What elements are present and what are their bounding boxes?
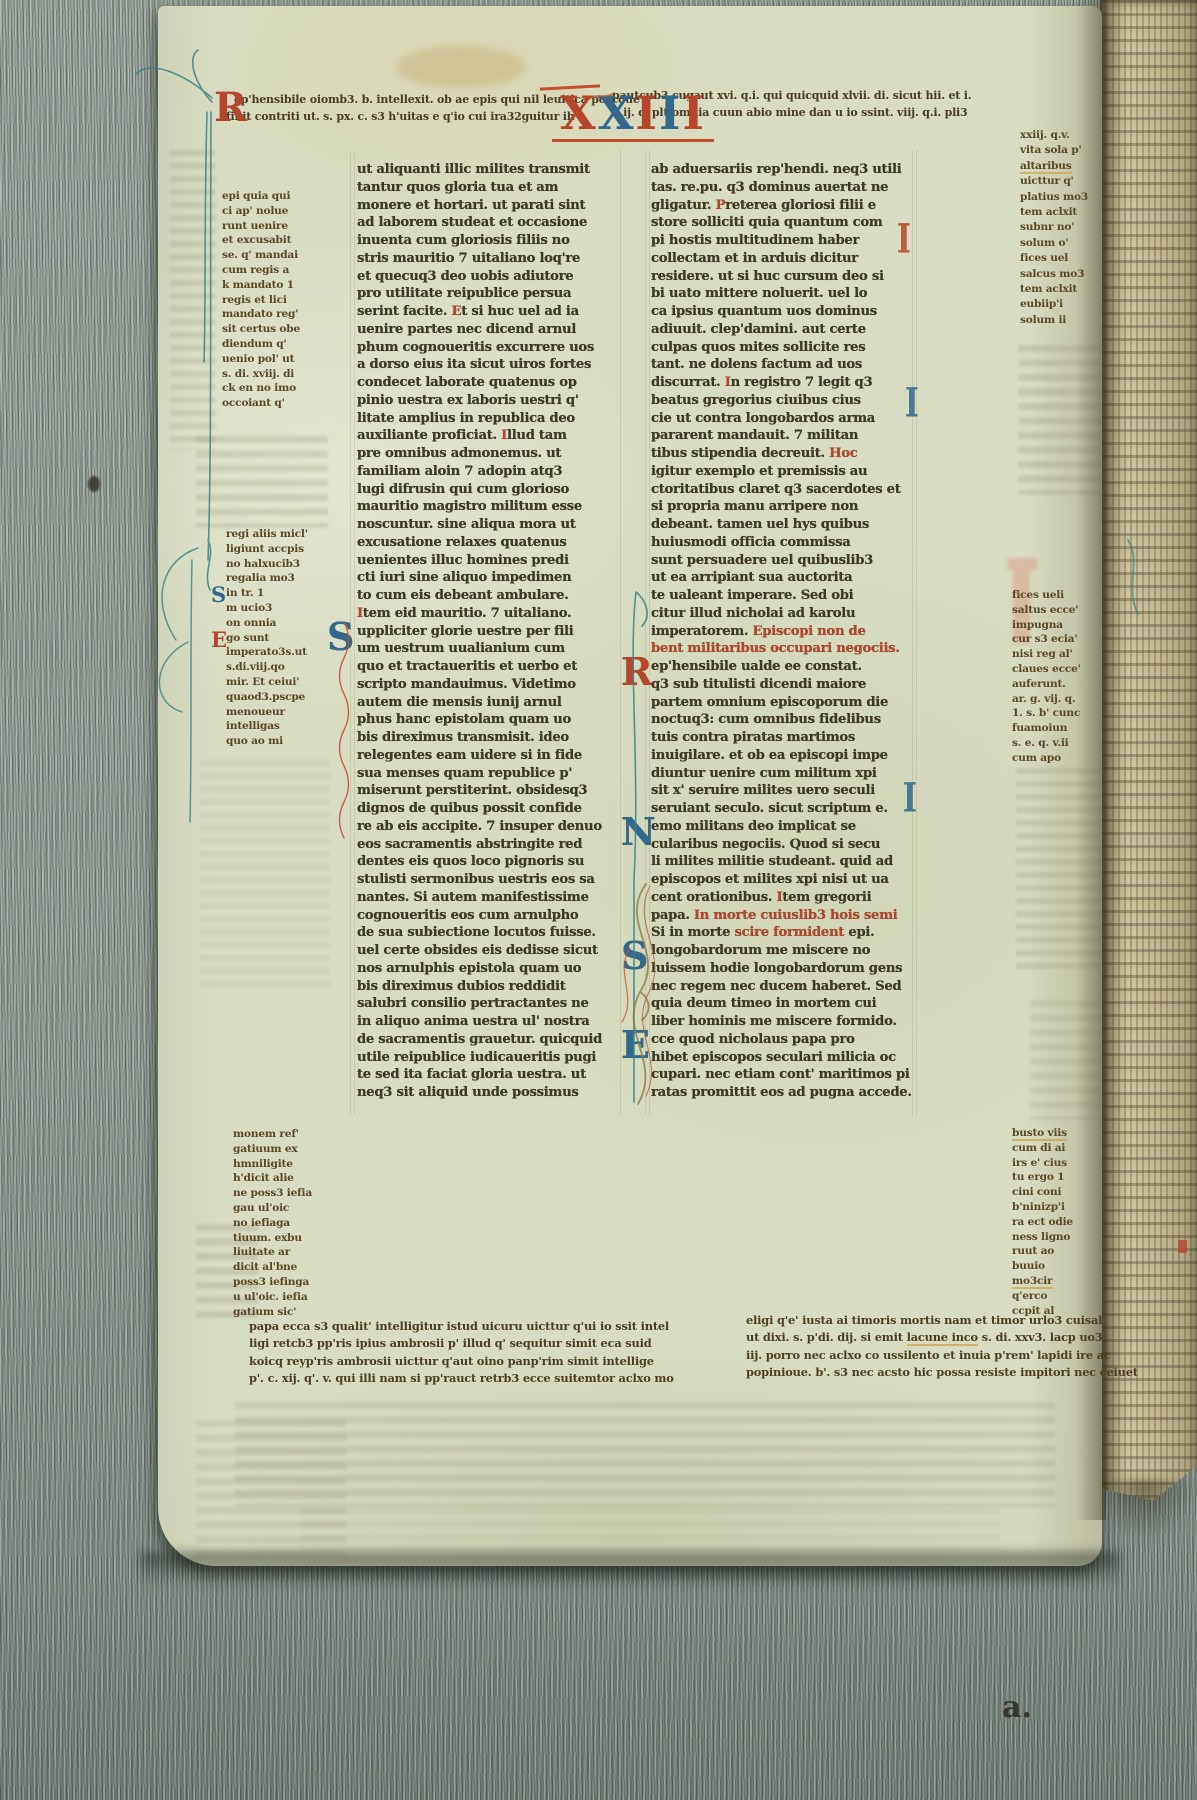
text-line: relegentes eam uidere si in fide — [357, 747, 617, 765]
text-line: uenientes illuc homines predi — [357, 552, 617, 570]
paragraph-mark: I — [897, 219, 911, 259]
text-line: cent orationibus. Item gregorii — [651, 889, 911, 907]
text-line: in aliquo anima uestra ul' nostra — [357, 1013, 617, 1031]
text-line: sua menses quam republice p' — [357, 765, 617, 783]
text-line: busto viis — [1012, 1126, 1098, 1141]
text-line: monere et hortari. ut parati sint — [357, 197, 617, 215]
text-line: h'dicit alie — [233, 1171, 349, 1186]
text-line: monem ref' — [233, 1127, 349, 1142]
text-line: m ucio3 — [226, 601, 342, 616]
text-line: cti iuri sine aliquo impedimen — [357, 569, 617, 587]
paragraph-mark: I — [905, 383, 919, 423]
text-line: cupari. nec etiam cont' maritimos pi — [651, 1066, 911, 1084]
text-line: intelligas — [226, 719, 342, 734]
text-line: nisi reg al' — [1012, 647, 1098, 662]
text-segment: bent militaribus occupari negociis. — [651, 641, 900, 656]
text-line: liber hominis me miscere formido. — [651, 1013, 911, 1031]
text-line: popinioue. b'. s3 nec acsto hic possa re… — [746, 1364, 1138, 1381]
text-line: regi aliis micl' — [226, 527, 342, 542]
text-line: to cum eis debeant ambulare. — [357, 587, 617, 605]
text-line: k mandato 1 — [222, 278, 338, 293]
text-line: ci ap' nolue — [222, 204, 338, 219]
text-segment: I — [357, 606, 363, 621]
text-line: stulisti sermonibus uestris eos sa — [357, 871, 617, 889]
drop-cap-initial: S — [211, 584, 226, 605]
manuscript-photo: { "page": { "description": "Medieval man… — [0, 0, 1197, 1800]
right-margin-gloss-top: xxiij. q.v.vita sola p'altaribusuicttur … — [1020, 128, 1102, 328]
text-segment: I — [777, 890, 783, 905]
text-line: excusatione relaxes quatenus — [357, 534, 617, 552]
text-segment: I — [501, 428, 507, 443]
text-line: luissem hodie longobardorum gens — [651, 960, 911, 978]
text-line: s. e. q. v.ii — [1012, 736, 1098, 751]
text-line: gatiuum ex — [233, 1142, 349, 1157]
text-line: scripto mandauimus. Videtimo — [357, 676, 617, 694]
text-line: nec regem nec ducem haberet. Sed — [651, 978, 911, 996]
text-line: ctoritatibus claret q3 sacerdotes et — [651, 481, 911, 499]
text-line: tibus stipendia decreuit. Hoc — [651, 445, 911, 463]
text-line: eligi q'e' iusta ai timoris mortis nam e… — [746, 1312, 1138, 1329]
text-line: ruut ao — [1012, 1244, 1098, 1259]
parchment-stain — [396, 46, 526, 88]
text-line: ligiunt accpis — [226, 542, 342, 557]
text-line: Sin tr. 1 — [226, 586, 342, 601]
text-line: um uestrum uualianium cum — [357, 640, 617, 658]
fabric-speck — [88, 476, 100, 492]
text-line: u ul'oic. iefia — [233, 1290, 349, 1305]
main-column-left: ut aliquanti illic milites transmittantu… — [357, 161, 617, 1102]
show-through-text — [235, 1402, 1055, 1507]
text-line: dignos de quibus possit confide — [357, 800, 617, 818]
text-line: ab aduersariis rep'hendi. neq3 utili — [651, 161, 911, 179]
text-line: bis direximus dubios reddidit — [357, 978, 617, 996]
text-line: papa ecca s3 qualit' intelligitur istud … — [249, 1318, 674, 1335]
right-margin-gloss-bottom: busto viiscum di aiirs e' ciustu ergo 1c… — [1012, 1126, 1098, 1318]
ruling-line — [912, 150, 913, 1115]
text-segment: Hoc — [829, 446, 857, 461]
decorated-initial-R: R — [214, 88, 247, 128]
text-line: dicit al'bne — [233, 1260, 349, 1275]
text-line: li milites militie studeant. quid ad — [651, 853, 911, 871]
text-segment: Episcopi non de — [753, 624, 866, 639]
fore-edge-red-mark — [1178, 1240, 1187, 1253]
text-line: fuamoiun — [1012, 721, 1098, 736]
text-line: phum cognoueritis excurrere uos — [357, 339, 617, 357]
text-line: salubri consilio pertractantes ne — [357, 995, 617, 1013]
text-line: pro utilitate reipublice persua — [357, 285, 617, 303]
text-line: ca ipsius quantum uos dominus — [651, 303, 911, 321]
left-margin-gloss-middle: regi aliis micl'ligiunt accpisno halxuci… — [226, 527, 342, 749]
text-line: serint facite. Et si huc uel ad ia — [357, 303, 617, 321]
text-line: ut ea arripiant sua auctorita — [651, 569, 911, 587]
text-line: imperato3s.ut — [226, 645, 342, 660]
drop-cap-initial: S — [327, 618, 354, 656]
show-through-text — [170, 150, 216, 450]
text-line: pararent mandauit. 7 militan — [651, 427, 911, 445]
text-line: Slongobardorum me miscere no — [651, 942, 911, 960]
text-line: huiusmodi officia commissa — [651, 534, 911, 552]
text-line: pinio uestra ex laboris uestri q' — [357, 392, 617, 410]
text-line: fices uel — [1020, 251, 1102, 266]
text-line: residere. ut si huc cursum deo si — [651, 268, 911, 286]
text-line: re ab eis accipite. 7 insuper denuo — [357, 818, 617, 836]
text-line: condecet laborate quatenus op — [357, 374, 617, 392]
text-line: auferunt. — [1012, 677, 1098, 692]
text-line: bis direximus transmisit. ideo — [357, 729, 617, 747]
show-through-text — [1018, 345, 1102, 495]
text-line: subnr no' — [1020, 220, 1102, 235]
main-column-right: ab aduersariis rep'hendi. neq3 utilitas.… — [651, 161, 911, 1102]
text-line: ra ect odie — [1012, 1215, 1098, 1230]
text-line: debeant. tamen uel hys quibus — [651, 516, 911, 534]
drop-cap-initial: E — [211, 629, 227, 650]
text-line: quo ao mi — [226, 734, 342, 749]
text-line: lugi difrusin qui cum glorioso — [357, 481, 617, 499]
text-line: menoueur — [226, 705, 342, 720]
text-line: ar. g. vij. q. — [1012, 692, 1098, 707]
top-gloss-line-2-left: finit contriti ut. s. px. c. s3 h'uitas … — [226, 110, 575, 123]
text-line: tem aclxit — [1020, 205, 1102, 220]
text-line: claues ecce' — [1012, 662, 1098, 677]
folio-letter: I — [659, 86, 683, 140]
right-margin-gloss-middle: fices uelisaltus ecce'impugnacur s3 ecia… — [1012, 588, 1098, 766]
text-line: bi uato mittere noluerit. uel lo — [651, 285, 911, 303]
text-line: beatus gregorius ciuibus cius — [651, 392, 911, 410]
text-line: noscuntur. sine aliqua mora ut — [357, 516, 617, 534]
book-fore-edge — [1100, 0, 1197, 1508]
text-line: phus hanc epistolam quam uo — [357, 711, 617, 729]
text-line: poss3 iefinga — [233, 1275, 349, 1290]
text-line: adiuuit. clep'damini. aut certe — [651, 321, 911, 339]
text-line: sit x' seruire milites uero seculi — [651, 782, 911, 800]
text-line: impugna — [1012, 618, 1098, 633]
text-line: uenio pol' ut — [222, 352, 338, 367]
text-line: tantur quos gloria tua et am — [357, 179, 617, 197]
text-line: on onnia — [226, 616, 342, 631]
text-line: miserunt perstiterint. obsidesq3 — [357, 782, 617, 800]
text-line: no halxucib3 — [226, 557, 342, 572]
text-line: q3 sub titulisti dicendi maiore — [651, 676, 911, 694]
text-line: saltus ecce' — [1012, 603, 1098, 618]
text-line: auxiliante proficiat. Illud tam — [357, 427, 617, 445]
text-line: cum di ai — [1012, 1141, 1098, 1156]
text-line: uenire partes nec dicend arnul — [357, 321, 617, 339]
text-line: Item eid mauritio. 7 uitaliano. — [357, 605, 617, 623]
text-line: tas. re.pu. q3 dominus auertat ne — [651, 179, 911, 197]
text-line: culpas quos mites sollicite res — [651, 339, 911, 357]
text-line: platius mo3 — [1020, 190, 1102, 205]
text-line: tem aclxit — [1020, 282, 1102, 297]
folio-number: XXIII — [552, 90, 714, 142]
text-segment: P — [716, 198, 726, 213]
text-line: de sacramentis grauetur. quicquid — [357, 1031, 617, 1049]
text-line: epi quia qui — [222, 189, 338, 204]
text-line: mo3cir — [1012, 1274, 1098, 1289]
show-through-text — [300, 1508, 1000, 1563]
text-line: Rep'hensibile ualde ee constat. — [651, 658, 911, 676]
text-line: tu ergo 1 — [1012, 1170, 1098, 1185]
text-line: liuitate ar — [233, 1245, 349, 1260]
text-line: ck en no imo — [222, 381, 338, 396]
text-line: cognoueritis eos cum arnulpho — [357, 907, 617, 925]
text-line: runt uenire — [222, 219, 338, 234]
text-line: fices ueli — [1012, 588, 1098, 603]
text-line: se. q' mandai — [222, 248, 338, 263]
text-line: seruiant seculo. sicut scriptum e. — [651, 800, 911, 818]
text-line: regalia mo3 — [226, 571, 342, 586]
text-line: occoiant q' — [222, 396, 338, 411]
text-line: eubiip'i — [1020, 297, 1102, 312]
text-segment: mo3cir — [1012, 1275, 1053, 1289]
text-line: Ecce quod nicholaus papa pro — [651, 1031, 911, 1049]
text-line: q'erco — [1012, 1289, 1098, 1304]
text-line: sit certus obe — [222, 322, 338, 337]
text-line: nantes. Si autem manifestissime — [357, 889, 617, 907]
text-line: inuenta cum gloriosis filiis no — [357, 232, 617, 250]
text-line: uicttur q' — [1020, 174, 1102, 189]
text-line: ness ligno — [1012, 1230, 1098, 1245]
text-line: Ego sunt — [226, 631, 342, 646]
text-line: cur s3 ecia' — [1012, 632, 1098, 647]
text-line: de sua subiectione locutos fuisse. — [357, 924, 617, 942]
text-line: ad laborem studeat et occasione — [357, 214, 617, 232]
text-line: papa. In morte cuiuslib3 hois semi — [651, 907, 911, 925]
text-line: familiam aloin 7 adopin atq3 — [357, 463, 617, 481]
text-line: buuio — [1012, 1259, 1098, 1274]
left-margin-gloss-top: epi quia quici ap' noluerunt uenireet ex… — [222, 189, 338, 411]
text-line: si propria manu arripere non — [651, 498, 911, 516]
text-line: ut dixi. s. p'di. dij. si emit lacune in… — [746, 1329, 1138, 1346]
text-line: tuis contra piratas martimos — [651, 729, 911, 747]
text-line: inuigilare. et ob ea episcopi impe — [651, 747, 911, 765]
text-line: et excusabit — [222, 233, 338, 248]
text-line: bent militaribus occupari negociis. — [651, 640, 911, 658]
left-margin-gloss-bottom: monem ref'gatiuum exhmniligiteh'dicit al… — [233, 1127, 349, 1319]
text-line: koicq reyp'ris ambrosii uicttur q'aut oi… — [249, 1353, 674, 1370]
drop-cap-initial: E — [621, 1026, 650, 1064]
text-line: cum regis a — [222, 263, 338, 278]
text-segment: E — [451, 304, 461, 319]
text-line: citur illud nicholai ad karolu — [651, 605, 911, 623]
text-segment: In morte cuiuslib3 hois semi — [694, 908, 898, 923]
folio-letter: I — [682, 86, 706, 140]
bottom-gloss-right: eligi q'e' iusta ai timoris mortis nam e… — [746, 1312, 1138, 1382]
text-line: ligi retcb3 pp'ris ipius ambrosii p' ill… — [249, 1335, 674, 1352]
text-segment: scire formident — [734, 925, 844, 940]
text-line: solum ii — [1020, 313, 1102, 328]
text-line: sunt persuadere uel quibuslib3 — [651, 552, 911, 570]
show-through-text — [200, 760, 330, 990]
corner-mark: a. — [1002, 1690, 1032, 1725]
text-line: quo et tractaueritis et uerbo et — [357, 658, 617, 676]
text-line: collectam et in arduis dicitur — [651, 250, 911, 268]
text-line: p'. c. xij. q'. v. qui illi nam si pp'ra… — [249, 1370, 674, 1387]
text-line: a dorso eius ita sicut uiros fortes — [357, 356, 617, 374]
text-line: iij. porro nec aclxo co ussilento et inu… — [746, 1347, 1138, 1364]
text-line: uel certe obsides eis dedisse sicut — [357, 942, 617, 960]
text-segment: lacune inco — [907, 1330, 978, 1346]
text-line: regis et lici — [222, 293, 338, 308]
text-line: hibet episcopos seculari milicia oc — [651, 1049, 911, 1067]
text-line: cie ut contra longobardos arma — [651, 410, 911, 428]
text-line: autem die mensis iunij arnul — [357, 694, 617, 712]
text-line: s.di.viij.qo — [226, 660, 342, 675]
show-through-text — [196, 436, 328, 528]
text-line: diuntur uenire cum militum xpi — [651, 765, 911, 783]
text-line: salcus mo3 — [1020, 267, 1102, 282]
text-line: hmniligite — [233, 1157, 349, 1172]
text-line: imperatorem. Episcopi non de — [651, 623, 911, 641]
text-line: altaribus — [1020, 159, 1102, 174]
ruling-line — [649, 150, 650, 1115]
text-line: ut aliquanti illic milites transmit — [357, 161, 617, 179]
text-segment: I — [725, 375, 731, 390]
text-line: store solliciti quia quantum com — [651, 214, 911, 232]
text-line: ratas promittit eos ad pugna accede. — [651, 1084, 911, 1102]
text-line: xxiij. q.v. — [1020, 128, 1102, 143]
text-line: mandato reg' — [222, 307, 338, 322]
text-line: discurrat. In registro 7 legit q3 — [651, 374, 911, 392]
text-line: mauritio magistro militum esse — [357, 498, 617, 516]
text-line: diendum q' — [222, 337, 338, 352]
text-line: mir. Et ceiui' — [226, 675, 342, 690]
text-line: s. di. xviij. di — [222, 367, 338, 382]
text-line: partem omnium episcoporum die — [651, 694, 911, 712]
text-line: tiuum. exbu — [233, 1231, 349, 1246]
text-line: quia deum timeo in mortem cui — [651, 995, 911, 1013]
show-through-text — [1030, 1000, 1100, 1120]
text-line: eos sacramentis abstringite red — [357, 836, 617, 854]
paragraph-mark: I — [903, 778, 917, 818]
bottom-gloss-left: papa ecca s3 qualit' intelligitur istud … — [249, 1318, 674, 1388]
text-line: pi hostis multitudinem haber — [651, 232, 911, 250]
text-line: cularibus negociis. Quod si secu — [651, 836, 911, 854]
text-line: irs e' cius — [1012, 1156, 1098, 1171]
text-line: no iefiaga — [233, 1216, 349, 1231]
text-line: utile reipublice iudicaueritis pugi — [357, 1049, 617, 1067]
drop-cap-initial: R — [621, 653, 652, 691]
text-line: stris mauritio 7 uitaliano loq're — [357, 250, 617, 268]
text-line: Si in morte scire formident epi. — [651, 924, 911, 942]
text-line: igitur exemplo et premissis au — [651, 463, 911, 481]
text-line: et quecuq3 deo uobis adiutore — [357, 268, 617, 286]
folio-letter: I — [635, 86, 659, 140]
drop-cap-initial: S — [621, 937, 648, 975]
text-line: dentes eis quos loco pignoris su — [357, 853, 617, 871]
text-line: te sed ita faciat gloria uestra. ut — [357, 1066, 617, 1084]
text-line: vita sola p' — [1020, 143, 1102, 158]
text-line: episcopos et milites xpi nisi ut ua — [651, 871, 911, 889]
ruling-line — [916, 150, 917, 1115]
text-line: b'ninizp'i — [1012, 1200, 1098, 1215]
text-segment: altaribus — [1020, 160, 1072, 174]
text-line: Nemo militans deo implicat se — [651, 818, 911, 836]
text-line: neq3 sit aliquid unde possimus — [357, 1084, 617, 1102]
text-line: solum o' — [1020, 236, 1102, 251]
text-line: quaod3.pscpe — [226, 690, 342, 705]
text-line: cum apo — [1012, 751, 1098, 766]
text-line: gligatur. Preterea gloriosi filii e — [651, 197, 911, 215]
text-line: te ualeant imperare. Sed obi — [651, 587, 911, 605]
text-segment: busto viis — [1012, 1127, 1067, 1141]
text-line: Suppliciter glorie uestre per fili — [357, 623, 617, 641]
folio-letter: X — [598, 86, 636, 140]
text-line: noctuq3: cum omnibus fidelibus — [651, 711, 911, 729]
text-line: 1. s. b' cunc — [1012, 706, 1098, 721]
text-line: tant. ne dolens factum ad uos — [651, 356, 911, 374]
text-line: ne poss3 iefia — [233, 1186, 349, 1201]
text-line: litate amplius in republica deo — [357, 410, 617, 428]
text-line: cini coni — [1012, 1185, 1098, 1200]
show-through-text — [1016, 768, 1102, 973]
folio-letter: X — [560, 86, 598, 140]
text-line: gau ul'oic — [233, 1201, 349, 1216]
text-line: pre omnibus admonemus. ut — [357, 445, 617, 463]
text-line: nos arnulphis epistola quam uo — [357, 960, 617, 978]
